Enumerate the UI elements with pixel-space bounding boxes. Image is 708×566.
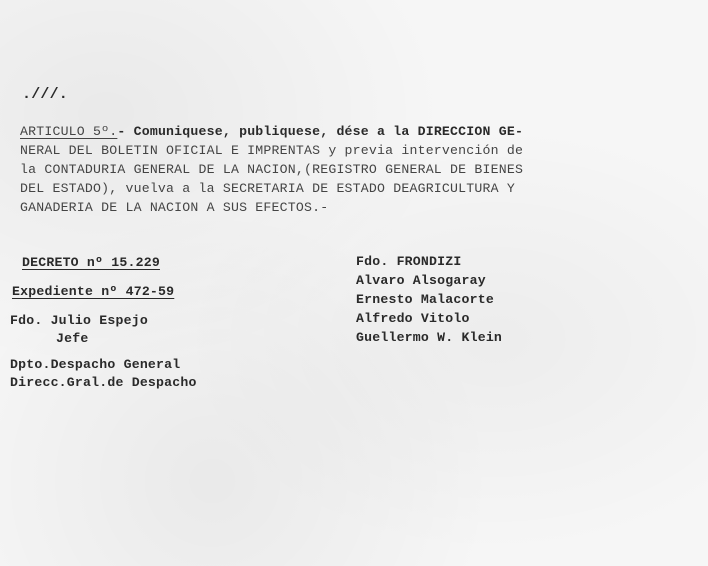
signatory-2: Alvaro Alsogaray: [356, 273, 486, 288]
article-first-line: ARTICULO 5º.- Comuniquese, publiquese, d…: [20, 124, 523, 139]
signature-role: Jefe: [56, 331, 88, 346]
signatory-3: Ernesto Malacorte: [356, 292, 494, 307]
page-marker: .///.: [22, 86, 68, 103]
department-1: Dpto.Despacho General: [10, 357, 180, 372]
article-line-5: GANADERIA DE LA NACION A SUS EFECTOS.-: [20, 200, 328, 215]
article-line-4: DEL ESTADO), vuelva a la SECRETARIA DE E…: [20, 181, 515, 196]
article-line-2: NERAL DEL BOLETIN OFICIAL E IMPRENTAS y …: [20, 143, 523, 158]
document-page: .///. ARTICULO 5º.- Comuniquese, publiqu…: [0, 0, 708, 566]
department-2: Direcc.Gral.de Despacho: [10, 375, 197, 390]
signatory-1: Fdo. FRONDIZI: [356, 254, 461, 269]
expediente-number: Expediente nº 472-59: [12, 284, 174, 299]
signatory-5: Guellermo W. Klein: [356, 330, 502, 345]
article-line-3: la CONTADURIA GENERAL DE LA NACION,(REGI…: [20, 162, 523, 177]
article-line-1: - Comuniquese, publiquese, dése a la DIR…: [117, 124, 523, 139]
decreto-number: DECRETO nº 15.229: [22, 255, 160, 270]
signatory-4: Alfredo Vitolo: [356, 311, 470, 326]
signature-espejo: Fdo. Julio Espejo: [10, 313, 148, 328]
article-heading: ARTICULO 5º.: [20, 124, 117, 139]
